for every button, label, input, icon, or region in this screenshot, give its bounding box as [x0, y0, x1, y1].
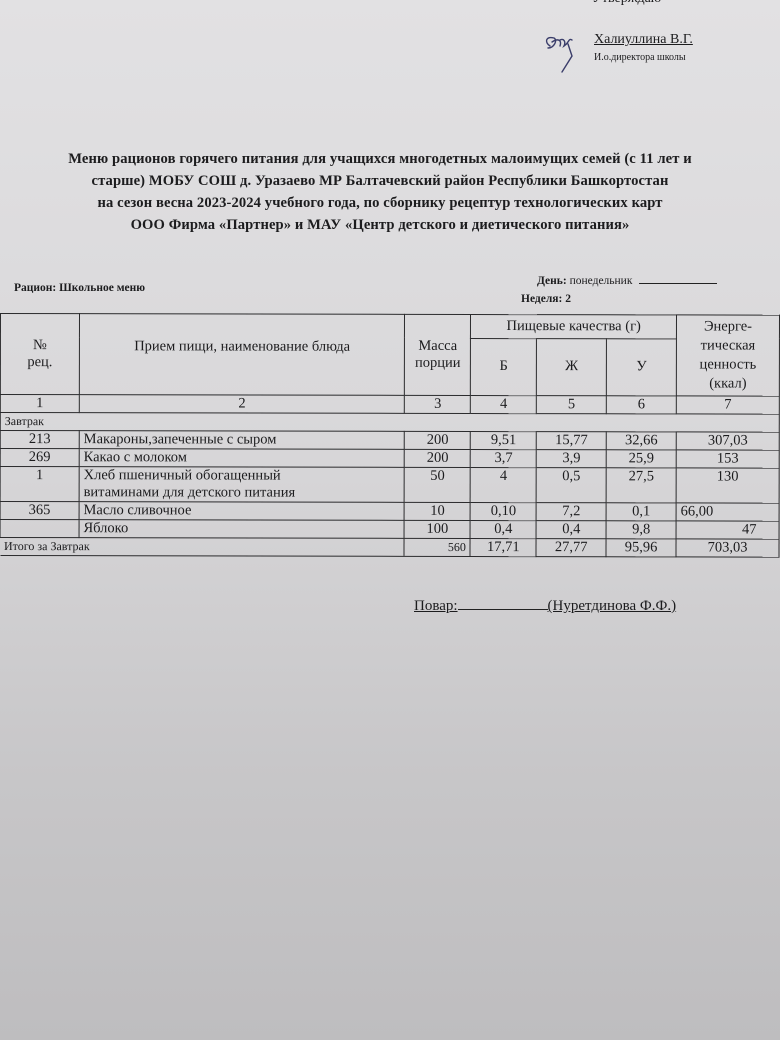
protein: 0,10 [470, 502, 536, 520]
cook-blank-line [458, 609, 548, 610]
ration-info: Рацион: Школьное меню [14, 282, 145, 294]
carbs: 32,66 [606, 432, 676, 450]
document-title: Меню рационов горячего питания для учащи… [20, 148, 740, 236]
recipe-no: 365 [0, 502, 79, 520]
energy: 47 [676, 521, 779, 539]
recipe-no [0, 520, 79, 538]
header-energy: Энерге-тическая ценность (ккал) [676, 315, 779, 396]
header-dish: Прием пищи, наименование блюда [79, 314, 405, 396]
dish-name: Хлеб пшеничный обогащенный витаминами дл… [79, 467, 405, 503]
energy: 130 [676, 468, 779, 503]
fat: 0,5 [536, 468, 606, 503]
total-mass: 560 [404, 538, 470, 556]
mass: 10 [404, 502, 470, 520]
protein: 3,7 [471, 449, 537, 467]
header-carbs: У [606, 338, 676, 396]
total-row: Итого за Завтрак 560 17,71 27,77 95,96 7… [0, 538, 779, 558]
total-label: Итого за Завтрак [0, 538, 404, 557]
director-name: Халиуллина В.Г. [594, 32, 693, 48]
fat: 0,4 [536, 521, 606, 539]
fat: 3,9 [536, 450, 606, 468]
signature-icon [540, 28, 588, 76]
table-row: 365 Масло сливочное 10 0,10 7,2 0,1 66,0… [0, 502, 779, 522]
week-label: Неделя: [521, 293, 562, 305]
mass: 200 [405, 431, 471, 449]
dish-name: Макароны,запеченные с сыром [79, 431, 405, 450]
column-numbers-row: 1 2 3 4 5 6 7 [0, 395, 779, 415]
week-info: Неделя: 2 [521, 293, 571, 305]
column-number: 5 [537, 396, 607, 414]
total-protein: 17,71 [470, 538, 536, 556]
mass: 200 [405, 449, 471, 467]
recipe-no: 269 [0, 449, 79, 467]
title-line-2: старше) МОБУ СОШ д. Уразаево МР Балтачев… [20, 170, 740, 192]
header-fat: Ж [537, 338, 607, 396]
day-value: понедельник [570, 275, 633, 287]
cook-label: Повар: [414, 598, 458, 614]
protein: 9,51 [471, 431, 537, 449]
title-line-4: ООО Фирма «Партнер» и МАУ «Центр детског… [20, 214, 740, 236]
ration-value: Школьное меню [59, 282, 145, 294]
section-row: Завтрак [0, 413, 779, 433]
approval-label: Утверждаю [592, 0, 661, 7]
protein: 0,4 [470, 520, 536, 538]
mass: 50 [405, 467, 471, 502]
header-nutrition: Пищевые качества (г) [471, 314, 677, 338]
table-row: Яблоко 100 0,4 0,4 9,8 47 [0, 520, 779, 540]
header-protein: Б [471, 338, 537, 396]
cook-name: (Нуретдинова Ф.Ф.) [548, 598, 677, 614]
total-carbs: 95,96 [606, 539, 676, 557]
total-energy: 703,03 [676, 539, 779, 557]
carbs: 25,9 [606, 450, 676, 468]
table-row: 213 Макароны,запеченные с сыром 200 9,51… [0, 431, 779, 451]
column-number: 7 [676, 396, 779, 414]
menu-table: № рец. Прием пищи, наименование блюда Ма… [0, 313, 780, 558]
carbs: 0,1 [606, 503, 676, 521]
fat: 7,2 [536, 503, 606, 521]
energy: 307,03 [676, 432, 779, 450]
table-row: 269 Какао с молоком 200 3,7 3,9 25,9 153 [0, 449, 779, 469]
dish-name: Какао с молоком [79, 449, 405, 468]
mass: 100 [404, 520, 470, 538]
column-number: 1 [0, 395, 79, 413]
director-role: И.о.директора школы [594, 52, 686, 63]
header-mass: Масса порции [405, 314, 471, 395]
title-line-3: на сезон весна 2023-2024 учебного года, … [20, 192, 740, 214]
day-info: День: понедельник [537, 275, 717, 287]
cook-signature: Повар:(Нуретдинова Ф.Ф.) [414, 598, 676, 615]
recipe-no: 1 [0, 467, 79, 502]
fat: 15,77 [536, 432, 606, 450]
recipe-no: 213 [0, 431, 79, 449]
protein: 4 [470, 467, 536, 502]
column-number: 2 [79, 395, 405, 414]
column-number: 6 [606, 396, 676, 414]
title-line-1: Меню рационов горячего питания для учащи… [20, 148, 740, 170]
header-recipe-no: № рец. [0, 314, 79, 395]
carbs: 27,5 [606, 468, 676, 503]
week-value: 2 [565, 293, 571, 305]
carbs: 9,8 [606, 521, 676, 539]
section-label: Завтрак [0, 413, 779, 433]
table-row: 1 Хлеб пшеничный обогащенный витаминами … [0, 467, 779, 504]
dish-name: Масло сливочное [79, 502, 405, 521]
energy: 66,00 [676, 503, 779, 521]
day-blank-line [639, 283, 717, 284]
day-label: День: [537, 275, 567, 287]
column-number: 4 [471, 395, 537, 413]
dish-name: Яблоко [79, 520, 405, 539]
energy: 153 [676, 450, 779, 468]
ration-label: Рацион: [14, 282, 56, 294]
total-fat: 27,77 [536, 539, 606, 557]
column-number: 3 [405, 395, 471, 413]
